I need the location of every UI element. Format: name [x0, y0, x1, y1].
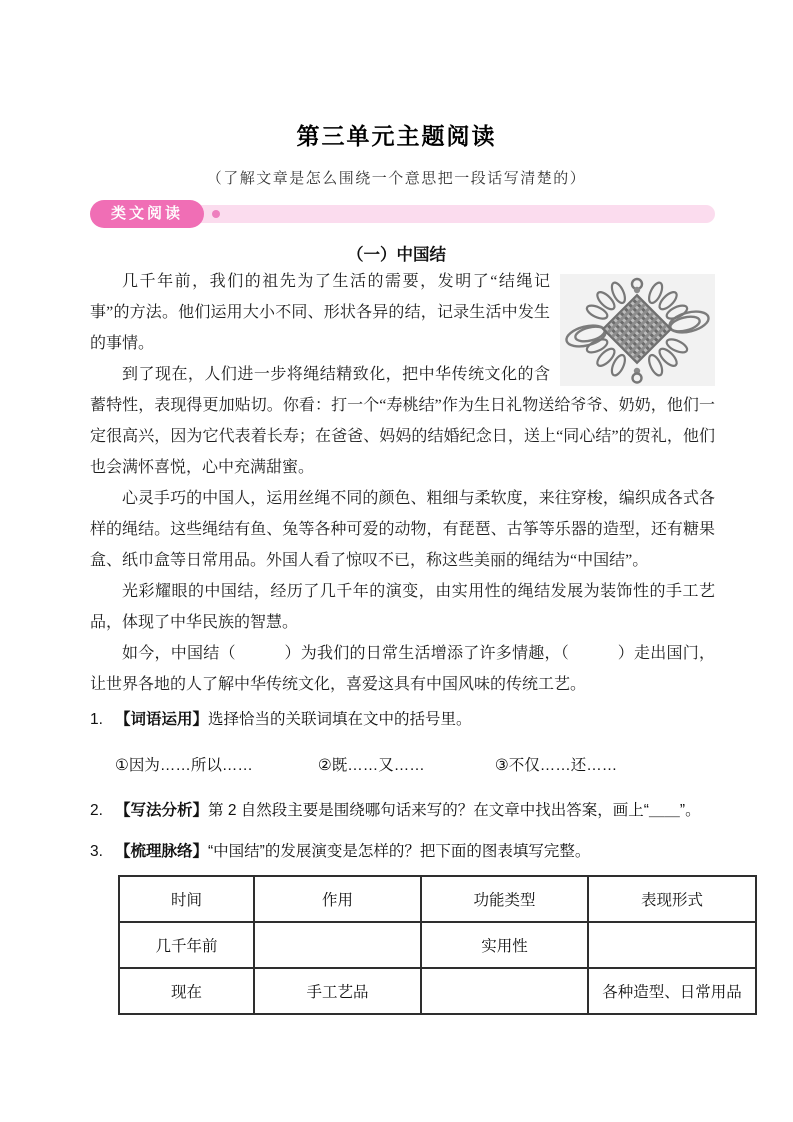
table-header-cell: 功能类型 [421, 876, 588, 922]
table-header-row: 时间 作用 功能类型 表现形式 [119, 876, 756, 922]
question-body: 选择恰当的关联词填在文中的括号里。 [208, 711, 472, 728]
table-cell-blank [421, 968, 588, 1014]
table-cell-blank [588, 922, 756, 968]
question-tag: 【梳理脉络】 [115, 843, 208, 860]
banner-dot-icon [212, 210, 220, 218]
table-cell: 各种造型、日常用品 [588, 968, 756, 1014]
question-text: 【写法分析】第 2 自然段主要是围绕哪句话来写的？在文章中找出答案，画上“＿＿”… [115, 799, 701, 822]
table-row: 几千年前 实用性 [119, 922, 756, 968]
page-title: 第三单元主题阅读 [0, 118, 793, 151]
question-tag: 【词语运用】 [115, 711, 208, 728]
table-cell: 现在 [119, 968, 254, 1014]
article-paragraph: 如今，中国结（ ）为我们的日常生活增添了许多情趣，（ ）走出国门，让世界各地的人… [90, 638, 715, 700]
article-paragraph: 光彩耀眼的中国结，经历了几千年的演变，由实用性的绳结发展为装饰性的手工艺品，体现… [90, 576, 715, 638]
table-cell: 手工艺品 [254, 968, 421, 1014]
table-header-cell: 时间 [119, 876, 254, 922]
option-1: ①因为……所以…… [115, 754, 253, 777]
question-number: 2. [90, 799, 115, 822]
table-header-cell: 作用 [254, 876, 421, 922]
table-row: 现在 手工艺品 各种造型、日常用品 [119, 968, 756, 1014]
question-number: 1. [90, 708, 115, 731]
question-number: 3. [90, 840, 115, 863]
option-3: ③不仅……还…… [495, 754, 617, 777]
option-2: ②既……又…… [318, 754, 425, 777]
question-1: 1. 【词语运用】选择恰当的关联词填在文中的括号里。 [90, 708, 724, 731]
question-3: 3. 【梳理脉络】“中国结”的发展演变是怎样的？把下面的图表填写完整。 [90, 840, 724, 863]
question-body: 第 2 自然段主要是围绕哪句话来写的？在文章中找出答案，画上“＿＿”。 [208, 802, 701, 819]
table-header-cell: 表现形式 [588, 876, 756, 922]
question-tag: 【写法分析】 [115, 802, 208, 819]
worksheet-page: 第三单元主题阅读 （了解文章是怎么围绕一个意思把一段话写清楚的） 类文阅读 （一… [0, 0, 793, 1122]
article-paragraph: 心灵手巧的中国人，运用丝绳不同的颜色、粗细与柔软度，来往穿梭，编织成各式各样的绳… [90, 483, 715, 576]
table-cell: 实用性 [421, 922, 588, 968]
question-text: 【词语运用】选择恰当的关联词填在文中的括号里。 [115, 708, 472, 731]
development-table: 时间 作用 功能类型 表现形式 几千年前 实用性 现在 手工艺品 各种造型、日常… [118, 875, 757, 1015]
question-2: 2. 【写法分析】第 2 自然段主要是围绕哪句话来写的？在文章中找出答案，画上“… [90, 799, 724, 822]
section-badge: 类文阅读 [90, 200, 204, 228]
question-body: “中国结”的发展演变是怎样的？把下面的图表填写完整。 [208, 843, 590, 860]
question-text: 【梳理脉络】“中国结”的发展演变是怎样的？把下面的图表填写完整。 [115, 840, 590, 863]
table-cell: 几千年前 [119, 922, 254, 968]
article-title: （一）中国结 [0, 241, 793, 265]
question-1-options: ①因为……所以…… ②既……又…… ③不仅……还…… [90, 754, 724, 777]
article-body: 几千年前，我们的祖先为了生活的需要，发明了“结绳记事”的方法。他们运用大小不同、… [90, 266, 715, 700]
chinese-knot-image [560, 274, 715, 386]
table-cell-blank [254, 922, 421, 968]
page-subtitle: （了解文章是怎么围绕一个意思把一段话写清楚的） [0, 167, 793, 188]
